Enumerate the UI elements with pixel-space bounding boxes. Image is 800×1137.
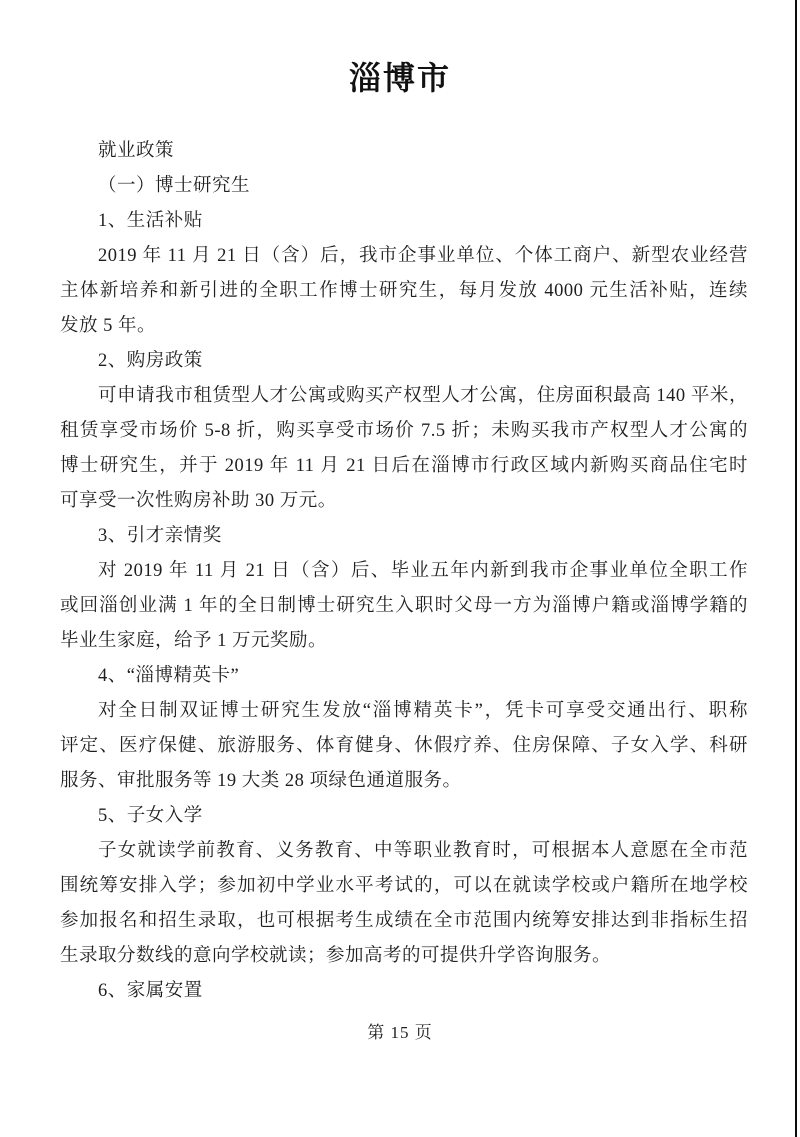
body-line: 5、子女入学 xyxy=(60,799,748,834)
body-line: 生录取分数线的意向学校就读；参加高考的可提供升学咨询服务。 xyxy=(60,939,748,974)
body-line: 租赁享受市场价 5-8 折，购买享受市场价 7.5 折；未购买我市产权型人才公寓… xyxy=(60,414,748,449)
body-line: 4、“淄博精英卡” xyxy=(60,659,748,694)
document-body: 就业政策（一）博士研究生1、生活补贴2019 年 11 月 21 日（含）后，我… xyxy=(0,134,800,1009)
body-line: 可申请我市租赁型人才公寓或购买产权型人才公寓，住房面积最高 140 平米， xyxy=(60,379,748,414)
page-number: 第 15 页 xyxy=(0,1015,800,1050)
body-line: 3、引才亲情奖 xyxy=(60,519,748,554)
page-title: 淄博市 xyxy=(0,0,800,100)
body-line: 对 2019 年 11 月 21 日（含）后、毕业五年内新到我市企事业单位全职工… xyxy=(60,554,748,589)
body-line: 主体新培养和新引进的全职工作博士研究生，每月发放 4000 元生活补贴，连续 xyxy=(60,274,748,309)
body-line: 2、购房政策 xyxy=(60,344,748,379)
body-line: 发放 5 年。 xyxy=(60,309,748,344)
body-line: 服务、审批服务等 19 大类 28 项绿色通道服务。 xyxy=(60,764,748,799)
body-line: 6、家属安置 xyxy=(60,974,748,1009)
scan-edge-line xyxy=(795,0,797,1137)
body-line: 评定、医疗保健、旅游服务、体育健身、休假疗养、住房保障、子女入学、科研 xyxy=(60,729,748,764)
body-line: （一）博士研究生 xyxy=(60,169,748,204)
body-line: 毕业生家庭，给予 1 万元奖励。 xyxy=(60,624,748,659)
body-line: 或回淄创业满 1 年的全日制博士研究生入职时父母一方为淄博户籍或淄博学籍的 xyxy=(60,589,748,624)
body-line: 2019 年 11 月 21 日（含）后，我市企事业单位、个体工商户、新型农业经… xyxy=(60,239,748,274)
body-line: 可享受一次性购房补助 30 万元。 xyxy=(60,484,748,519)
document-page: 淄博市 就业政策（一）博士研究生1、生活补贴2019 年 11 月 21 日（含… xyxy=(0,0,800,1137)
body-line: 1、生活补贴 xyxy=(60,204,748,239)
body-line: 围统筹安排入学；参加初中学业水平考试的，可以在就读学校或户籍所在地学校 xyxy=(60,869,748,904)
body-line: 对全日制双证博士研究生发放“淄博精英卡”，凭卡可享受交通出行、职称 xyxy=(60,694,748,729)
body-line: 就业政策 xyxy=(60,134,748,169)
body-line: 博士研究生，并于 2019 年 11 月 21 日后在淄博市行政区域内新购买商品… xyxy=(60,449,748,484)
body-line: 参加报名和招生录取，也可根据考生成绩在全市范围内统筹安排达到非指标生招 xyxy=(60,904,748,939)
body-line: 子女就读学前教育、义务教育、中等职业教育时，可根据本人意愿在全市范 xyxy=(60,834,748,869)
